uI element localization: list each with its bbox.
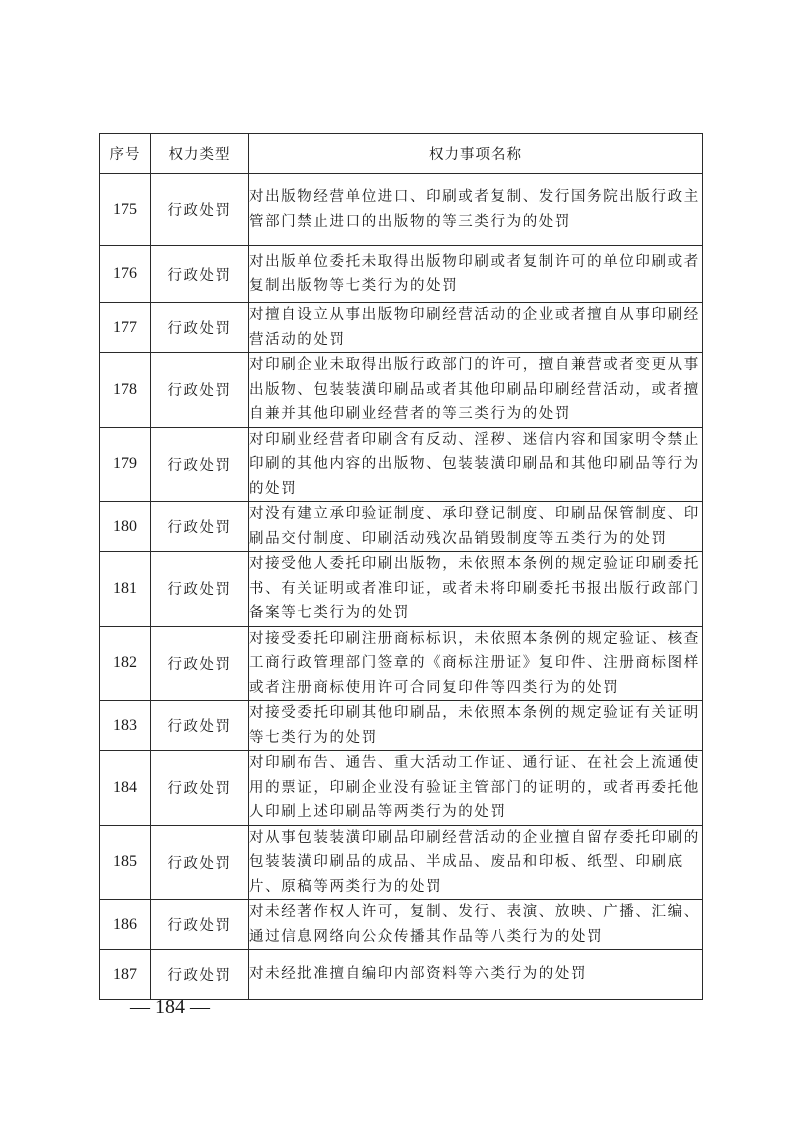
table-row: 179 行政处罚 对印刷业经营者印刷含有反动、淫秽、迷信内容和国家明令禁止印刷的…	[100, 427, 703, 502]
table-row: 182 行政处罚 对接受委托印刷注册商标标识，未依照本条例的规定验证、核查工商行…	[100, 626, 703, 701]
row-number: 177	[100, 303, 151, 353]
row-number: 179	[100, 427, 151, 502]
row-number: 178	[100, 353, 151, 428]
header-type: 权力类型	[151, 134, 249, 174]
table-row: 184 行政处罚 对印刷布告、通告、重大活动工作证、通行证、在社会上流通使用的票…	[100, 751, 703, 826]
row-power-type: 行政处罚	[151, 502, 249, 552]
row-number: 180	[100, 502, 151, 552]
table-row: 178 行政处罚 对印刷企业未取得出版行政部门的许可，擅自兼营或者变更从事出版物…	[100, 353, 703, 428]
row-power-type: 行政处罚	[151, 427, 249, 502]
row-power-type: 行政处罚	[151, 825, 249, 900]
row-power-name: 对接受委托印刷其他印刷品，未依照本条例的规定验证有关证明等七类行为的处罚	[249, 701, 703, 751]
row-power-type: 行政处罚	[151, 751, 249, 826]
row-power-type: 行政处罚	[151, 174, 249, 246]
row-number: 183	[100, 701, 151, 751]
row-power-name: 对出版单位委托未取得出版物印刷或者复制许可的单位印刷或者复制出版物等七类行为的处…	[249, 246, 703, 303]
table-header-row: 序号 权力类型 权力事项名称	[100, 134, 703, 174]
row-power-name: 对接受委托印刷注册商标标识，未依照本条例的规定验证、核查工商行政管理部门签章的《…	[249, 626, 703, 701]
table-row: 187 行政处罚 对未经批准擅自编印内部资料等六类行为的处罚	[100, 950, 703, 1000]
row-power-name: 对从事包装装潢印刷品印刷经营活动的企业擅自留存委托印刷的包装装潢印刷品的成品、半…	[249, 825, 703, 900]
row-power-type: 行政处罚	[151, 246, 249, 303]
power-items-table: 序号 权力类型 权力事项名称 175 行政处罚 对出版物经营单位进口、印刷或者复…	[99, 133, 703, 1000]
row-number: 186	[100, 900, 151, 950]
table-row: 175 行政处罚 对出版物经营单位进口、印刷或者复制、发行国务院出版行政主管部门…	[100, 174, 703, 246]
row-power-name: 对接受他人委托印刷出版物，未依照本条例的规定验证印刷委托书、有关证明或者准印证，…	[249, 552, 703, 627]
table-row: 186 行政处罚 对未经著作权人许可，复制、发行、表演、放映、广播、汇编、通过信…	[100, 900, 703, 950]
table-row: 185 行政处罚 对从事包装装潢印刷品印刷经营活动的企业擅自留存委托印刷的包装装…	[100, 825, 703, 900]
row-power-type: 行政处罚	[151, 353, 249, 428]
row-number: 185	[100, 825, 151, 900]
document-page: 序号 权力类型 权力事项名称 175 行政处罚 对出版物经营单位进口、印刷或者复…	[0, 0, 793, 1122]
page-number: — 184 —	[130, 996, 210, 1019]
row-power-type: 行政处罚	[151, 701, 249, 751]
row-power-name: 对印刷布告、通告、重大活动工作证、通行证、在社会上流通使用的票证，印刷企业没有验…	[249, 751, 703, 826]
row-number: 176	[100, 246, 151, 303]
row-power-type: 行政处罚	[151, 303, 249, 353]
row-power-type: 行政处罚	[151, 626, 249, 701]
row-number: 182	[100, 626, 151, 701]
row-power-type: 行政处罚	[151, 900, 249, 950]
table-row: 183 行政处罚 对接受委托印刷其他印刷品，未依照本条例的规定验证有关证明等七类…	[100, 701, 703, 751]
row-power-name: 对擅自设立从事出版物印刷经营活动的企业或者擅自从事印刷经营活动的处罚	[249, 303, 703, 353]
row-power-type: 行政处罚	[151, 950, 249, 1000]
header-name: 权力事项名称	[249, 134, 703, 174]
row-power-name: 对未经著作权人许可，复制、发行、表演、放映、广播、汇编、通过信息网络向公众传播其…	[249, 900, 703, 950]
row-number: 184	[100, 751, 151, 826]
row-power-name: 对印刷企业未取得出版行政部门的许可，擅自兼营或者变更从事出版物、包装装潢印刷品或…	[249, 353, 703, 428]
table-row: 181 行政处罚 对接受他人委托印刷出版物，未依照本条例的规定验证印刷委托书、有…	[100, 552, 703, 627]
header-no: 序号	[100, 134, 151, 174]
row-power-name: 对印刷业经营者印刷含有反动、淫秽、迷信内容和国家明令禁止印刷的其他内容的出版物、…	[249, 427, 703, 502]
row-power-name: 对没有建立承印验证制度、承印登记制度、印刷品保管制度、印刷品交付制度、印刷活动残…	[249, 502, 703, 552]
row-number: 187	[100, 950, 151, 1000]
row-power-name: 对未经批准擅自编印内部资料等六类行为的处罚	[249, 950, 703, 1000]
table-row: 177 行政处罚 对擅自设立从事出版物印刷经营活动的企业或者擅自从事印刷经营活动…	[100, 303, 703, 353]
table-row: 180 行政处罚 对没有建立承印验证制度、承印登记制度、印刷品保管制度、印刷品交…	[100, 502, 703, 552]
row-power-name: 对出版物经营单位进口、印刷或者复制、发行国务院出版行政主管部门禁止进口的出版物的…	[249, 174, 703, 246]
row-power-type: 行政处罚	[151, 552, 249, 627]
table-row: 176 行政处罚 对出版单位委托未取得出版物印刷或者复制许可的单位印刷或者复制出…	[100, 246, 703, 303]
row-number: 181	[100, 552, 151, 627]
row-number: 175	[100, 174, 151, 246]
